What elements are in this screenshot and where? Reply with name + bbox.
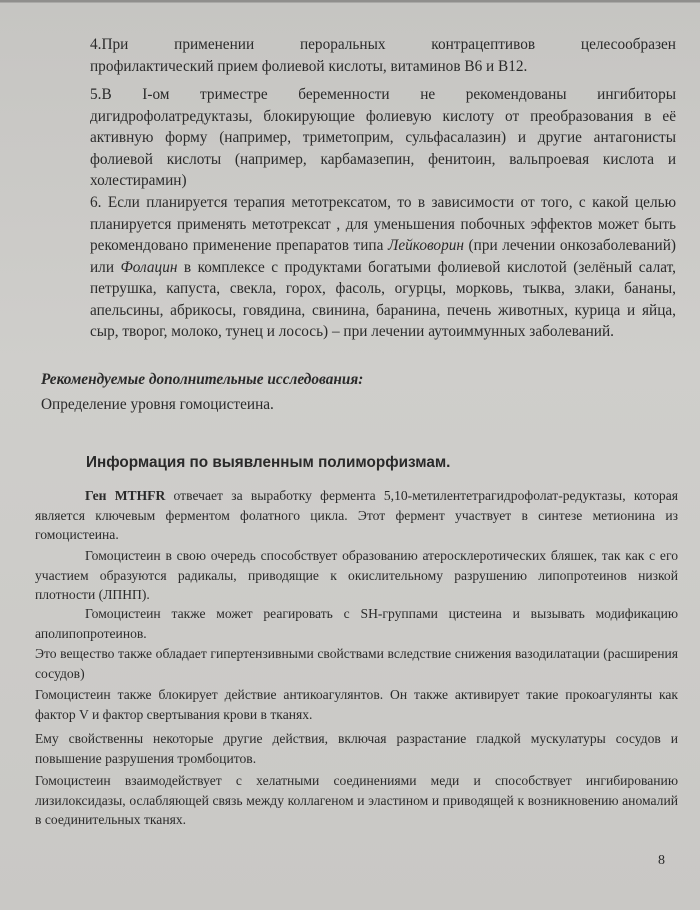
homocysteine-text-3: Это вещество также обладает гипертензивн…: [35, 644, 678, 683]
item-5-text: 5.В І-ом триместре беременности не реком…: [90, 84, 676, 192]
item-6-part-3: в комплексе с продуктами богатыми фолиев…: [90, 259, 676, 341]
homocysteine-text-6: Гомоцистеин взаимодействует с хелатными …: [35, 771, 678, 830]
gene-label: Ген MTHFR: [85, 488, 165, 503]
mthfr-paragraph: Ген MTHFR отвечает за выработку фермента…: [35, 486, 678, 545]
item-4-line-2: профилактический прием фолиевой кислоты,…: [90, 56, 676, 78]
recommended-tests-heading: Рекомендуемые дополнительные исследовани…: [41, 371, 363, 389]
homocysteine-paragraph-2: Гомоцистеин также может реагировать с SH…: [35, 604, 678, 643]
item-6-paragraph: 6. Если планируется терапия метотрексато…: [90, 192, 676, 343]
homocysteine-text-5: Ему свойственны некоторые другие действи…: [35, 729, 678, 768]
homocysteine-paragraph-1: Гомоцистеин в свою очередь способствует …: [35, 546, 678, 605]
homocysteine-text-4: Гомоцистеин также блокирует действие ант…: [35, 685, 678, 724]
homocysteine-paragraph-3: Это вещество также обладает гипертензивн…: [35, 644, 678, 683]
mthfr-text: Ген MTHFR отвечает за выработку фермента…: [35, 486, 678, 545]
drug-leucovorin: Лейковорин: [388, 237, 464, 254]
item-4-line-1: 4.При применении пероральных контрацепти…: [90, 34, 676, 56]
item-6-text: 6. Если планируется терапия метотрексато…: [90, 192, 676, 343]
homocysteine-text-1: Гомоцистеин в свою очередь способствует …: [35, 546, 678, 605]
document-page: 4.При применении пероральных контрацепти…: [0, 0, 700, 910]
polymorphisms-title: Информация по выявленным полиморфизмам.: [86, 454, 450, 472]
recommended-tests-text: Определение уровня гомоцистеина.: [41, 396, 274, 414]
drug-folacin: Фолацин: [120, 259, 177, 276]
homocysteine-paragraph-4: Гомоцистеин также блокирует действие ант…: [35, 685, 678, 724]
item-5-paragraph: 5.В І-ом триместре беременности не реком…: [90, 84, 676, 192]
item-4-paragraph: 4.При применении пероральных контрацепти…: [90, 34, 676, 77]
homocysteine-paragraph-5: Ему свойственны некоторые другие действи…: [35, 729, 678, 768]
page-number: 8: [658, 853, 665, 869]
homocysteine-text-2: Гомоцистеин также может реагировать с SH…: [35, 604, 678, 643]
homocysteine-paragraph-6: Гомоцистеин взаимодействует с хелатными …: [35, 771, 678, 830]
